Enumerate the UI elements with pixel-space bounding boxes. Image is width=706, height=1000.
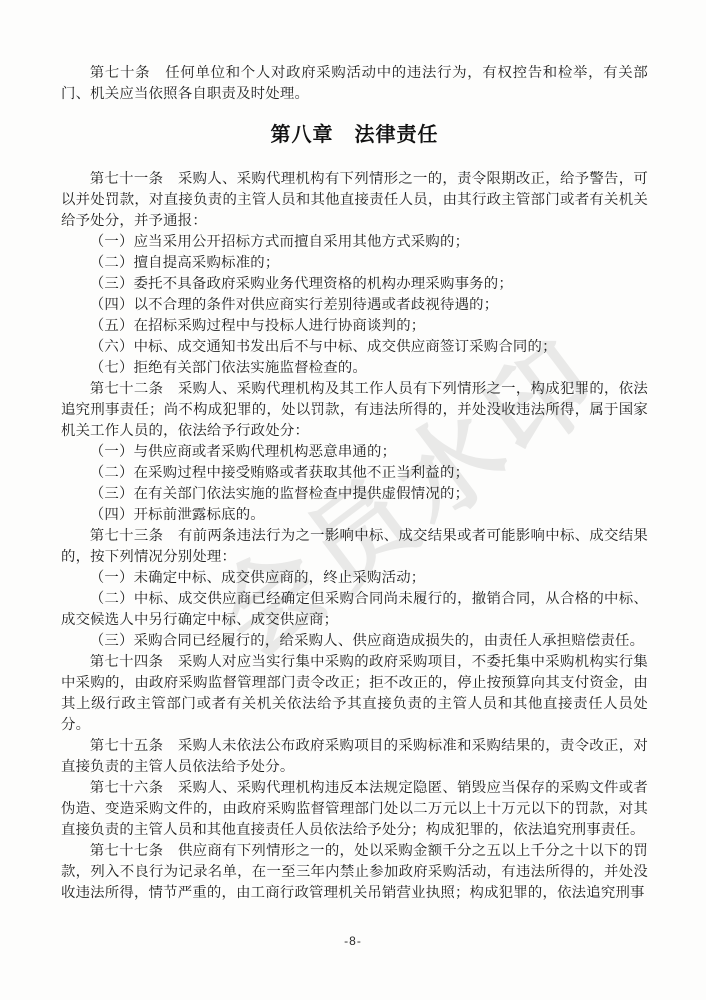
paragraph: （六）中标、成交通知书发出后不与中标、成交供应商签订采购合同的；	[61, 337, 648, 358]
paragraph: 第七十三条 有前两条违法行为之一影响中标、成交结果或者可能影响中标、成交结果的，…	[61, 526, 648, 568]
paragraph: （四）开标前泄露标底的。	[61, 505, 648, 526]
paragraph: 第七十条 任何单位和个人对政府采购活动中的违法行为，有权控告和检举，有关部门、机…	[61, 63, 648, 105]
paragraph: 第七十六条 采购人、采购代理机构违反本法规定隐匿、销毁应当保存的采购文件或者伪造…	[61, 778, 648, 841]
page-footer: -8-	[0, 932, 706, 950]
paragraph: （二）中标、成交供应商已经确定但采购合同尚未履行的，撤销合同，从合格的中标、成交…	[61, 589, 648, 631]
paragraph: 第七十四条 采购人对应当实行集中采购的政府采购项目，不委托集中采购机构实行集中采…	[61, 652, 648, 736]
paragraph: 第七十五条 采购人未依法公布政府采购项目的采购标准和采购结果的，责令改正，对直接…	[61, 736, 648, 778]
document-body: 第七十条 任何单位和个人对政府采购活动中的违法行为，有权控告和检举，有关部门、机…	[61, 63, 648, 904]
paragraph: （一）未确定中标、成交供应商的，终止采购活动；	[61, 568, 648, 589]
page-number: -8-	[344, 934, 362, 948]
paragraph: （三）在有关部门依法实施的监督检查中提供虚假情况的；	[61, 484, 648, 505]
paragraph: （七）拒绝有关部门依法实施监督检查的。	[61, 358, 648, 379]
paragraph: （三）委托不具备政府采购业务代理资格的机构办理采购事务的；	[61, 274, 648, 295]
chapter-heading: 第八章 法律责任	[61, 121, 648, 149]
paragraph: 第七十七条 供应商有下列情形之一的，处以采购金额千分之五以上千分之十以下的罚款，…	[61, 841, 648, 904]
paragraph: 第七十一条 采购人、采购代理机构有下列情形之一的，责令限期改正，给予警告，可以并…	[61, 169, 648, 232]
paragraph: （二）在采购过程中接受贿赂或者获取其他不正当利益的；	[61, 463, 648, 484]
document-page: 会员水印 第七十条 任何单位和个人对政府采购活动中的违法行为，有权控告和检举，有…	[0, 0, 706, 1000]
paragraph: （三）采购合同已经履行的，给采购人、供应商造成损失的，由责任人承担赔偿责任。	[61, 631, 648, 652]
paragraph: （二）擅自提高采购标准的；	[61, 253, 648, 274]
paragraph: （一）应当采用公开招标方式而擅自采用其他方式采购的；	[61, 232, 648, 253]
paragraph: （五）在招标采购过程中与投标人进行协商谈判的；	[61, 316, 648, 337]
paragraph: 第七十二条 采购人、采购代理机构及其工作人员有下列情形之一，构成犯罪的，依法追究…	[61, 379, 648, 442]
paragraph: （四）以不合理的条件对供应商实行差别待遇或者歧视待遇的；	[61, 295, 648, 316]
paragraph: （一）与供应商或者采购代理机构恶意串通的；	[61, 442, 648, 463]
